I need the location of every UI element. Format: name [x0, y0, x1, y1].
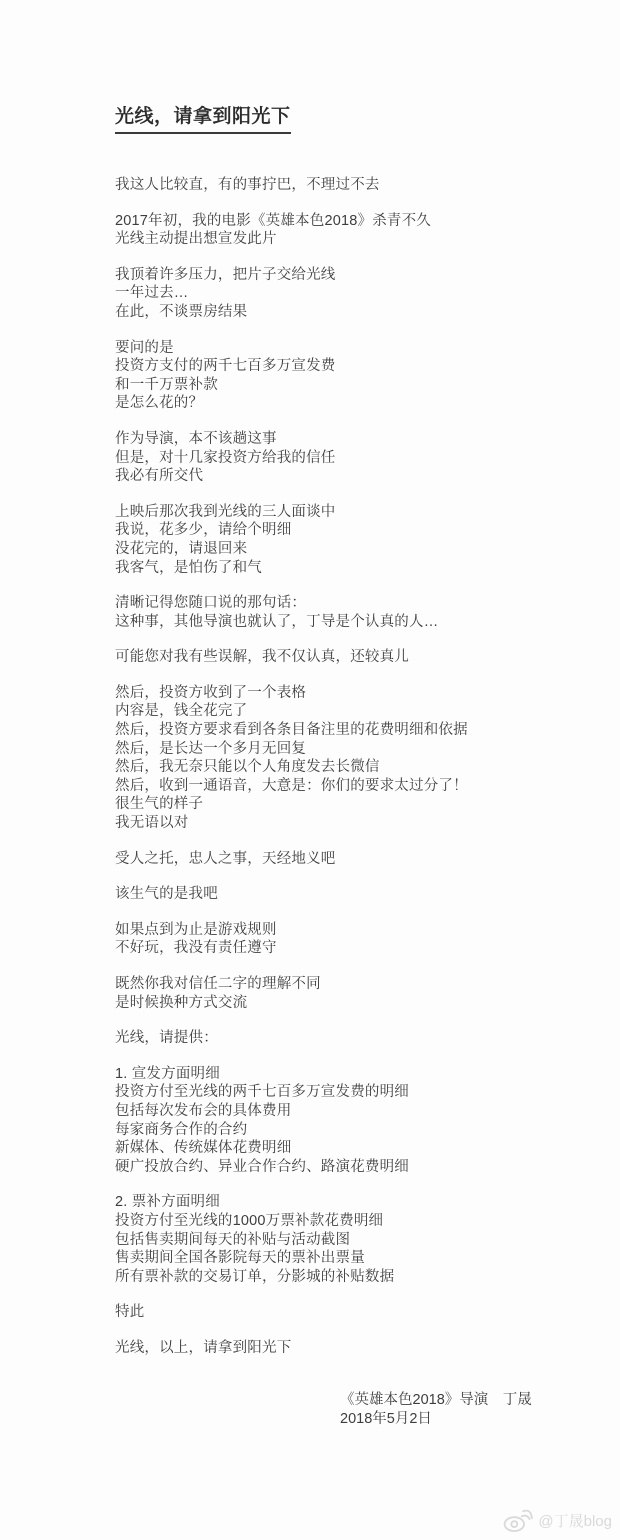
letter-line: 很生气的样子 [115, 795, 587, 814]
paragraph: 清晰记得您随口说的那句话：这种事，其他导演也就认了，丁导是个认真的人… [115, 594, 587, 631]
letter-line: 投资方付至光线的两千七百多万宣发费的明细 [115, 1083, 587, 1102]
paragraph: 既然你我对信任二字的理解不同是时候换种方式交流 [115, 975, 587, 1012]
letter-line: 然后，收到一通语音，大意是：你们的要求太过分了！ [115, 777, 587, 796]
paragraph: 可能您对我有些误解，我不仅认真，还较真儿 [115, 648, 587, 667]
paragraph: 1. 宣发方面明细投资方付至光线的两千七百多万宣发费的明细包括每次发布会的具体费… [115, 1065, 587, 1177]
letter-line: 售卖期间全国各影院每天的票补出票量 [115, 1249, 587, 1268]
letter-line: 没花完的，请退回来 [115, 540, 587, 559]
letter-line: 我顶着许多压力，把片子交给光线 [115, 266, 587, 285]
paragraph: 2. 票补方面明细投资方付至光线的1000万票补款花费明细包括售卖期间每天的补贴… [115, 1193, 587, 1286]
paragraph: 要问的是投资方支付的两千七百多万宣发费和一千万票补款是怎么花的？ [115, 339, 587, 413]
letter-line: 和一千万票补款 [115, 376, 587, 395]
signature-author: 《英雄本色2018》导演 丁晟 [340, 1391, 587, 1411]
letter-line: 可能您对我有些误解，我不仅认真，还较真儿 [115, 648, 587, 667]
letter-line: 新媒体、传统媒体花费明细 [115, 1139, 587, 1158]
letter-line: 每家商务合作的合约 [115, 1121, 587, 1140]
letter-line: 光线，请提供： [115, 1029, 587, 1048]
paragraph: 作为导演，本不该趟这事但是，对十几家投资方给我的信任我必有所交代 [115, 430, 587, 486]
letter-title: 光线，请拿到阳光下 [115, 106, 291, 134]
letter-line: 特此 [115, 1303, 587, 1322]
letter-line: 这种事，其他导演也就认了，丁导是个认真的人… [115, 613, 587, 632]
letter-line: 1. 宣发方面明细 [115, 1065, 587, 1084]
letter-line: 清晰记得您随口说的那句话： [115, 594, 587, 613]
letter-line: 在此，不谈票房结果 [115, 303, 587, 322]
letter-line: 然后，投资方要求看到各条目备注里的花费明细和依据 [115, 721, 587, 740]
paragraph: 受人之托，忠人之事，天经地义吧 [115, 850, 587, 869]
letter-line: 然后，我无奈只能以个人角度发去长微信 [115, 758, 587, 777]
paragraph: 光线，以上，请拿到阳光下 [115, 1339, 587, 1358]
paragraph: 我这人比较直，有的事拧巴，不理过不去 [115, 176, 587, 195]
letter-line: 内容是，钱全花完了 [115, 702, 587, 721]
paragraph: 我顶着许多压力，把片子交给光线一年过去…在此，不谈票房结果 [115, 266, 587, 322]
letter-line: 光线主动提出想宣发此片 [115, 230, 587, 249]
letter-line: 如果点到为止是游戏规则 [115, 921, 587, 940]
paragraph: 特此 [115, 1303, 587, 1322]
letter-line: 但是，对十几家投资方给我的信任 [115, 449, 587, 468]
paragraph: 该生气的是我吧 [115, 885, 587, 904]
letter-line: 硬广投放合约、异业合作合约、路演花费明细 [115, 1158, 587, 1177]
letter-line: 要问的是 [115, 339, 587, 358]
paragraph: 光线，请提供： [115, 1029, 587, 1048]
letter-line: 我无语以对 [115, 814, 587, 833]
letter-line: 受人之托，忠人之事，天经地义吧 [115, 850, 587, 869]
letter-line: 投资方付至光线的1000万票补款花费明细 [115, 1212, 587, 1231]
letter-line: 包括售卖期间每天的补贴与活动截图 [115, 1231, 587, 1250]
letter-line: 2. 票补方面明细 [115, 1193, 587, 1212]
letter-line: 投资方支付的两千七百多万宣发费 [115, 357, 587, 376]
letter-line: 所有票补款的交易订单，分影城的补贴数据 [115, 1268, 587, 1287]
weibo-watermark: @丁晟blog [503, 1508, 612, 1532]
paragraph: 然后，投资方收到了一个表格内容是，钱全花完了然后，投资方要求看到各条目备注里的花… [115, 684, 587, 833]
letter-line: 我这人比较直，有的事拧巴，不理过不去 [115, 176, 587, 195]
letter-line: 一年过去… [115, 284, 587, 303]
letter-line: 该生气的是我吧 [115, 885, 587, 904]
letter-line: 我说，花多少，请给个明细 [115, 521, 587, 540]
paragraph: 上映后那次我到光线的三人面谈中我说，花多少，请给个明细没花完的，请退回来我客气，… [115, 503, 587, 577]
paragraph: 如果点到为止是游戏规则不好玩，我没有责任遵守 [115, 921, 587, 958]
letter-line: 2017年初，我的电影《英雄本色2018》杀青不久 [115, 212, 587, 231]
letter-line: 然后，投资方收到了一个表格 [115, 684, 587, 703]
paragraph: 2017年初，我的电影《英雄本色2018》杀青不久光线主动提出想宣发此片 [115, 212, 587, 249]
signature-date: 2018年5月2日 [340, 1410, 587, 1430]
letter-line: 上映后那次我到光线的三人面谈中 [115, 503, 587, 522]
letter-line: 是时候换种方式交流 [115, 994, 587, 1013]
letter-line: 不好玩，我没有责任遵守 [115, 939, 587, 958]
letter-line: 我必有所交代 [115, 467, 587, 486]
weibo-icon [503, 1508, 533, 1532]
letter-document: 光线，请拿到阳光下 我这人比较直，有的事拧巴，不理过不去2017年初，我的电影《… [0, 0, 620, 1540]
letter-line: 然后，是长达一个多月无回复 [115, 740, 587, 759]
letter-line: 作为导演，本不该趟这事 [115, 430, 587, 449]
letter-line: 包括每次发布会的具体费用 [115, 1102, 587, 1121]
watermark-text: @丁晟blog [538, 1510, 612, 1531]
letter-line: 是怎么花的？ [115, 394, 587, 413]
letter-line: 我客气，是怕伤了和气 [115, 559, 587, 578]
letter-body: 我这人比较直，有的事拧巴，不理过不去2017年初，我的电影《英雄本色2018》杀… [115, 176, 587, 1358]
letter-line: 光线，以上，请拿到阳光下 [115, 1339, 587, 1358]
signature-block: 《英雄本色2018》导演 丁晟 2018年5月2日 [340, 1391, 587, 1430]
letter-content: 光线，请拿到阳光下 我这人比较直，有的事拧巴，不理过不去2017年初，我的电影《… [115, 106, 587, 1430]
letter-line: 既然你我对信任二字的理解不同 [115, 975, 587, 994]
